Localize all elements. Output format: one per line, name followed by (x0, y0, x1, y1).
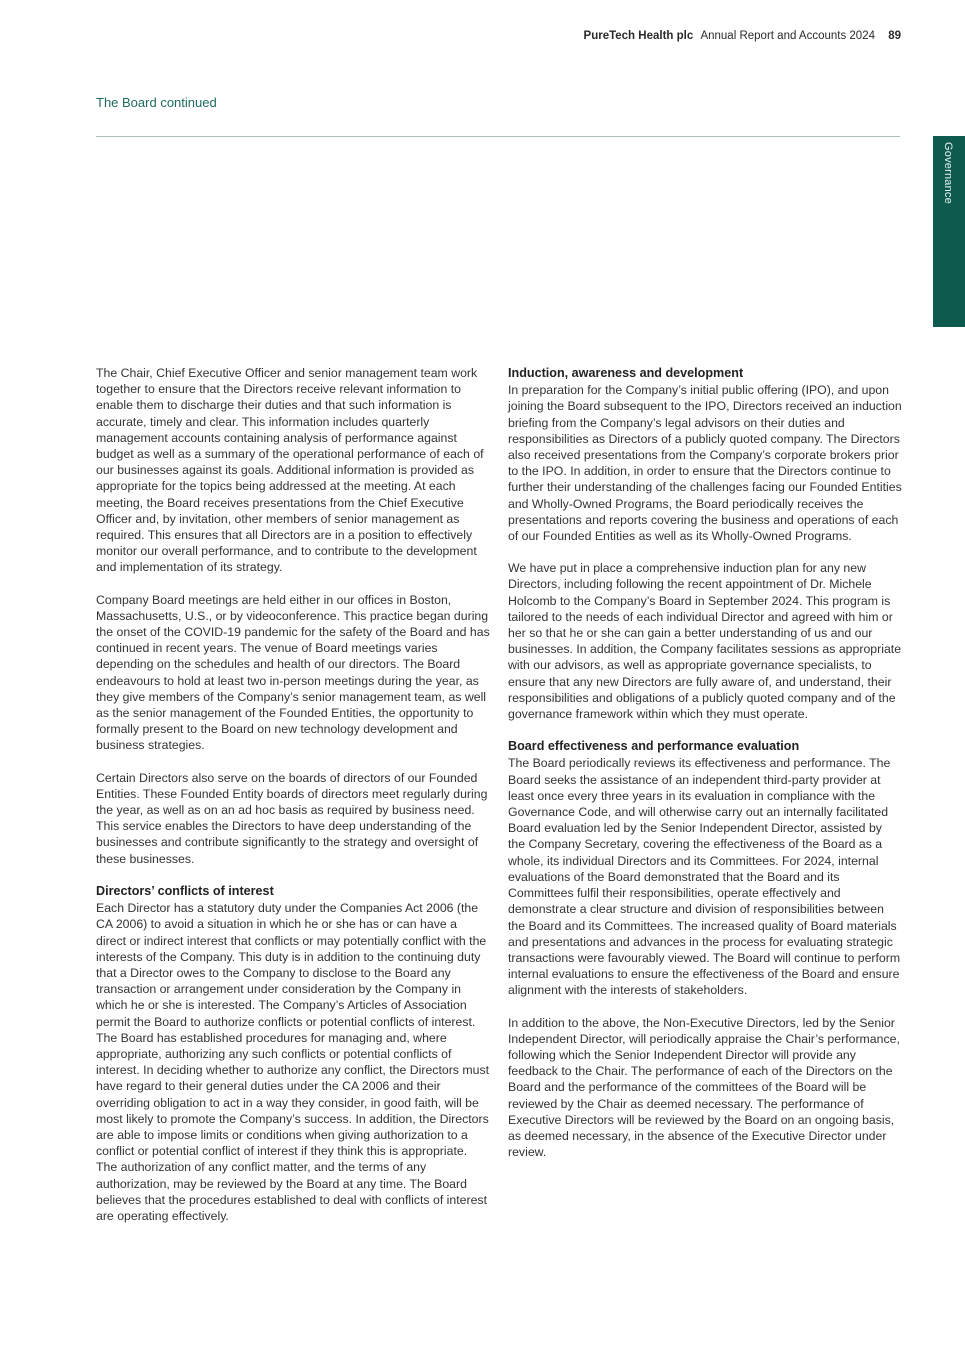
page-number: 89 (888, 30, 901, 42)
section-continued-label: The Board continued (96, 95, 217, 110)
paragraph-information-flow: The Chair, Chief Executive Officer and s… (96, 365, 490, 576)
paragraph-chair-appraisal: In addition to the above, the Non-Execut… (508, 1015, 902, 1161)
paragraph-board-meetings: Company Board meetings are held either i… (96, 592, 490, 754)
heading-conflicts-of-interest: Directors’ conflicts of interest (96, 883, 490, 899)
section-divider (96, 136, 900, 137)
paragraph-conflicts-of-interest: Each Director has a statutory duty under… (96, 900, 490, 1224)
side-tab-label: Governance (942, 142, 954, 204)
running-header: PureTech Health plc Annual Report and Ac… (584, 30, 901, 42)
paragraph-founded-entity-boards: Certain Directors also serve on the boar… (96, 770, 490, 867)
heading-induction: Induction, awareness and development (508, 365, 902, 381)
governance-side-tab: Governance (933, 136, 965, 327)
paragraph-induction-ipo: In preparation for the Company’s initial… (508, 382, 902, 544)
paragraph-induction-plan: We have put in place a comprehensive ind… (508, 560, 902, 722)
report-title: Annual Report and Accounts 2024 (700, 30, 875, 42)
company-name: PureTech Health plc (584, 30, 694, 42)
heading-board-effectiveness: Board effectiveness and performance eval… (508, 738, 902, 754)
right-column: Induction, awareness and development In … (508, 365, 902, 1176)
paragraph-board-evaluation: The Board periodically reviews its effec… (508, 755, 902, 998)
left-column: The Chair, Chief Executive Officer and s… (96, 365, 490, 1240)
